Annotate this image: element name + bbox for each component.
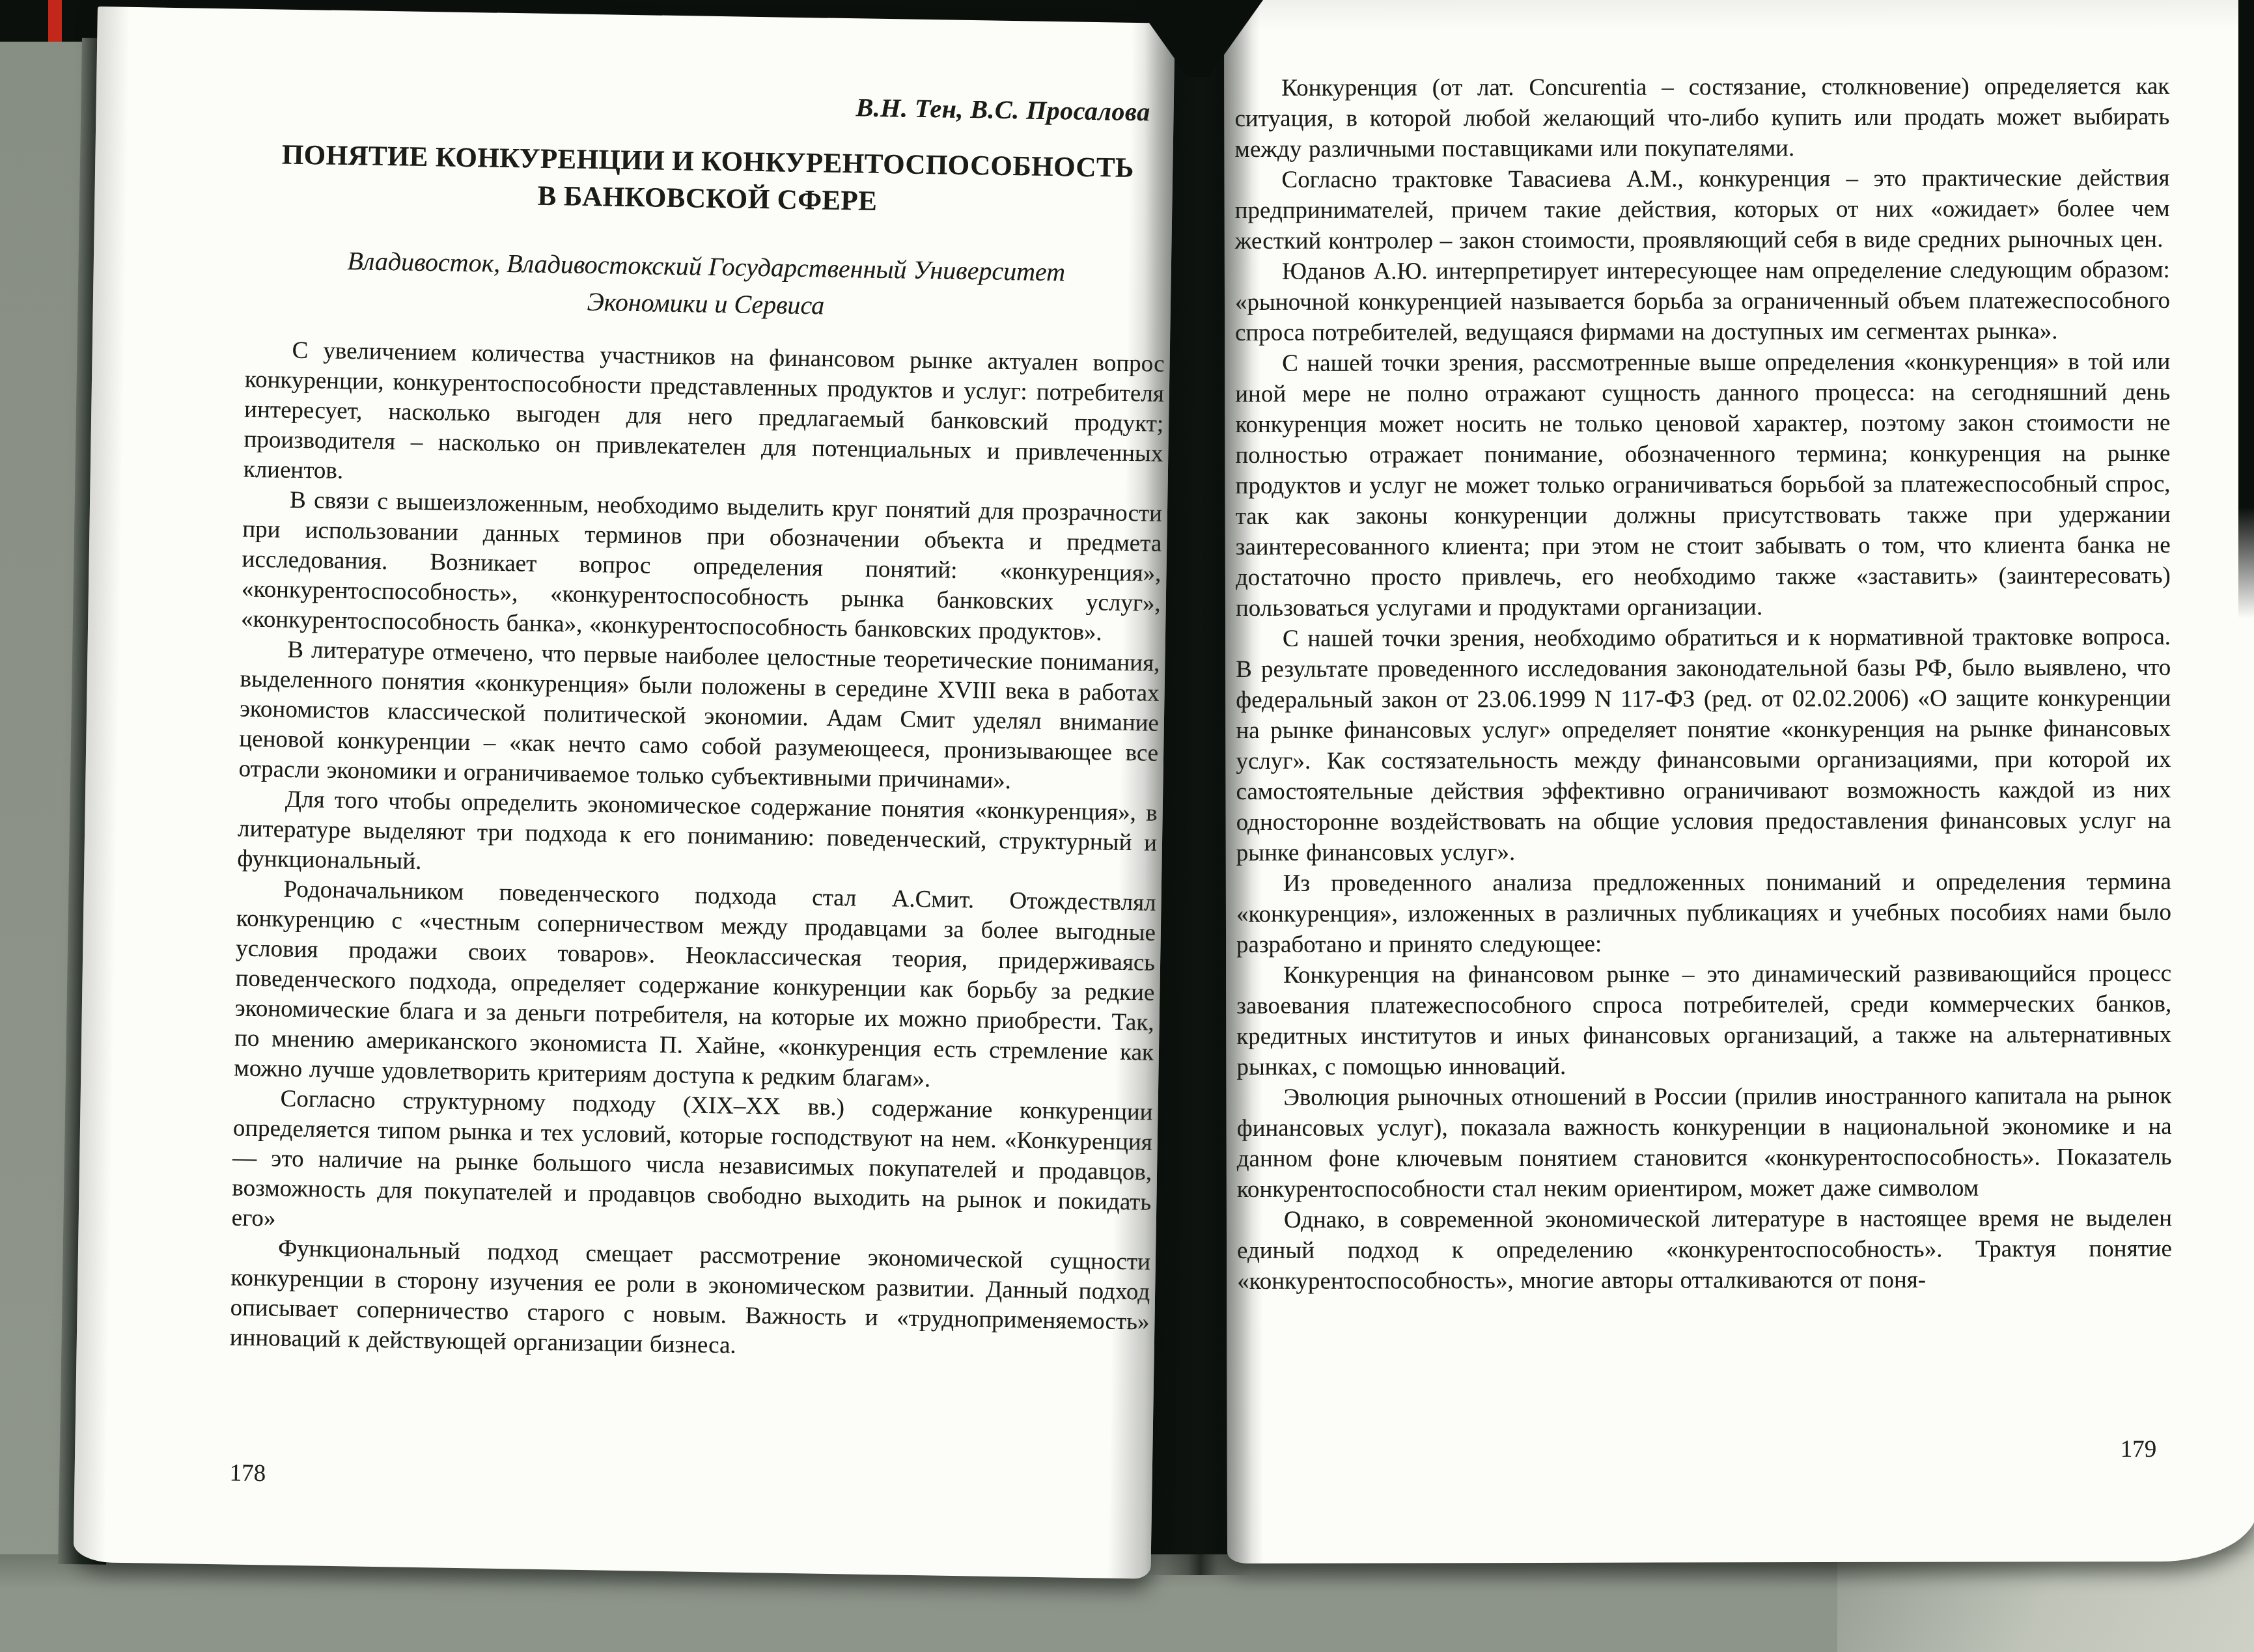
- book-scan-scene: В.Н. Тен, В.С. Просалова ПОНЯТИЕ КОНКУРЕ…: [0, 0, 2254, 1652]
- right-page-content: Конкуренция (от лат. Concurentia – состя…: [1234, 0, 2172, 1297]
- body-paragraph: Функциональный подход смещает рассмотрен…: [230, 1233, 1151, 1367]
- body-paragraph: Конкуренция (от лат. Concurentia – состя…: [1234, 71, 2169, 165]
- body-paragraph: Согласно структурному подходу (XIX–XX вв…: [231, 1083, 1152, 1247]
- body-paragraph: С увеличением количества участников на ф…: [243, 335, 1164, 499]
- right-page: Конкуренция (от лат. Concurentia – состя…: [1224, 0, 2254, 1563]
- body-paragraph: В связи с вышеизложенным, необходимо выд…: [241, 485, 1162, 649]
- body-paragraph: Эволюция рыночных отношений в России (пр…: [1236, 1081, 2171, 1205]
- body-paragraph: Из проведенного анализа предложенных пон…: [1236, 866, 2171, 960]
- left-page: В.Н. Тен, В.С. Просалова ПОНЯТИЕ КОНКУРЕ…: [73, 7, 1175, 1579]
- left-page-content: В.Н. Тен, В.С. Просалова ПОНЯТИЕ КОНКУРЕ…: [230, 9, 1170, 1368]
- body-paragraph: Конкуренция на финансовом рынке – это ди…: [1236, 958, 2171, 1082]
- body-paragraph: Для того чтобы определить экономическое …: [237, 784, 1158, 888]
- body-paragraph: С нашей точки зрения, необходимо обратит…: [1236, 622, 2171, 868]
- page-number-left: 178: [229, 1459, 266, 1487]
- red-edge-mark: [48, 0, 62, 42]
- body-paragraph: В литературе отмечено, что первые наибол…: [238, 635, 1160, 799]
- page-number-right: 179: [2121, 1435, 2157, 1463]
- body-paragraph: Юданов А.Ю. интерпретирует интересующее …: [1235, 255, 2170, 348]
- scan-right-edge-shadow: [2238, 0, 2254, 618]
- body-paragraph: Родоначальником поведенческого подхода с…: [234, 874, 1156, 1098]
- left-page-body: С увеличением количества участников на ф…: [230, 335, 1165, 1368]
- body-paragraph: С нашей точки зрения, рассмотренные выше…: [1235, 346, 2171, 624]
- right-page-body: Конкуренция (от лат. Concurentia – состя…: [1234, 0, 2172, 1297]
- body-paragraph: Однако, в современной экономической лите…: [1237, 1203, 2172, 1297]
- authors-line: В.Н. Тен, В.С. Просалова: [249, 82, 1169, 129]
- body-paragraph: Согласно трактовке Тавасиева А.М., конку…: [1235, 163, 2170, 256]
